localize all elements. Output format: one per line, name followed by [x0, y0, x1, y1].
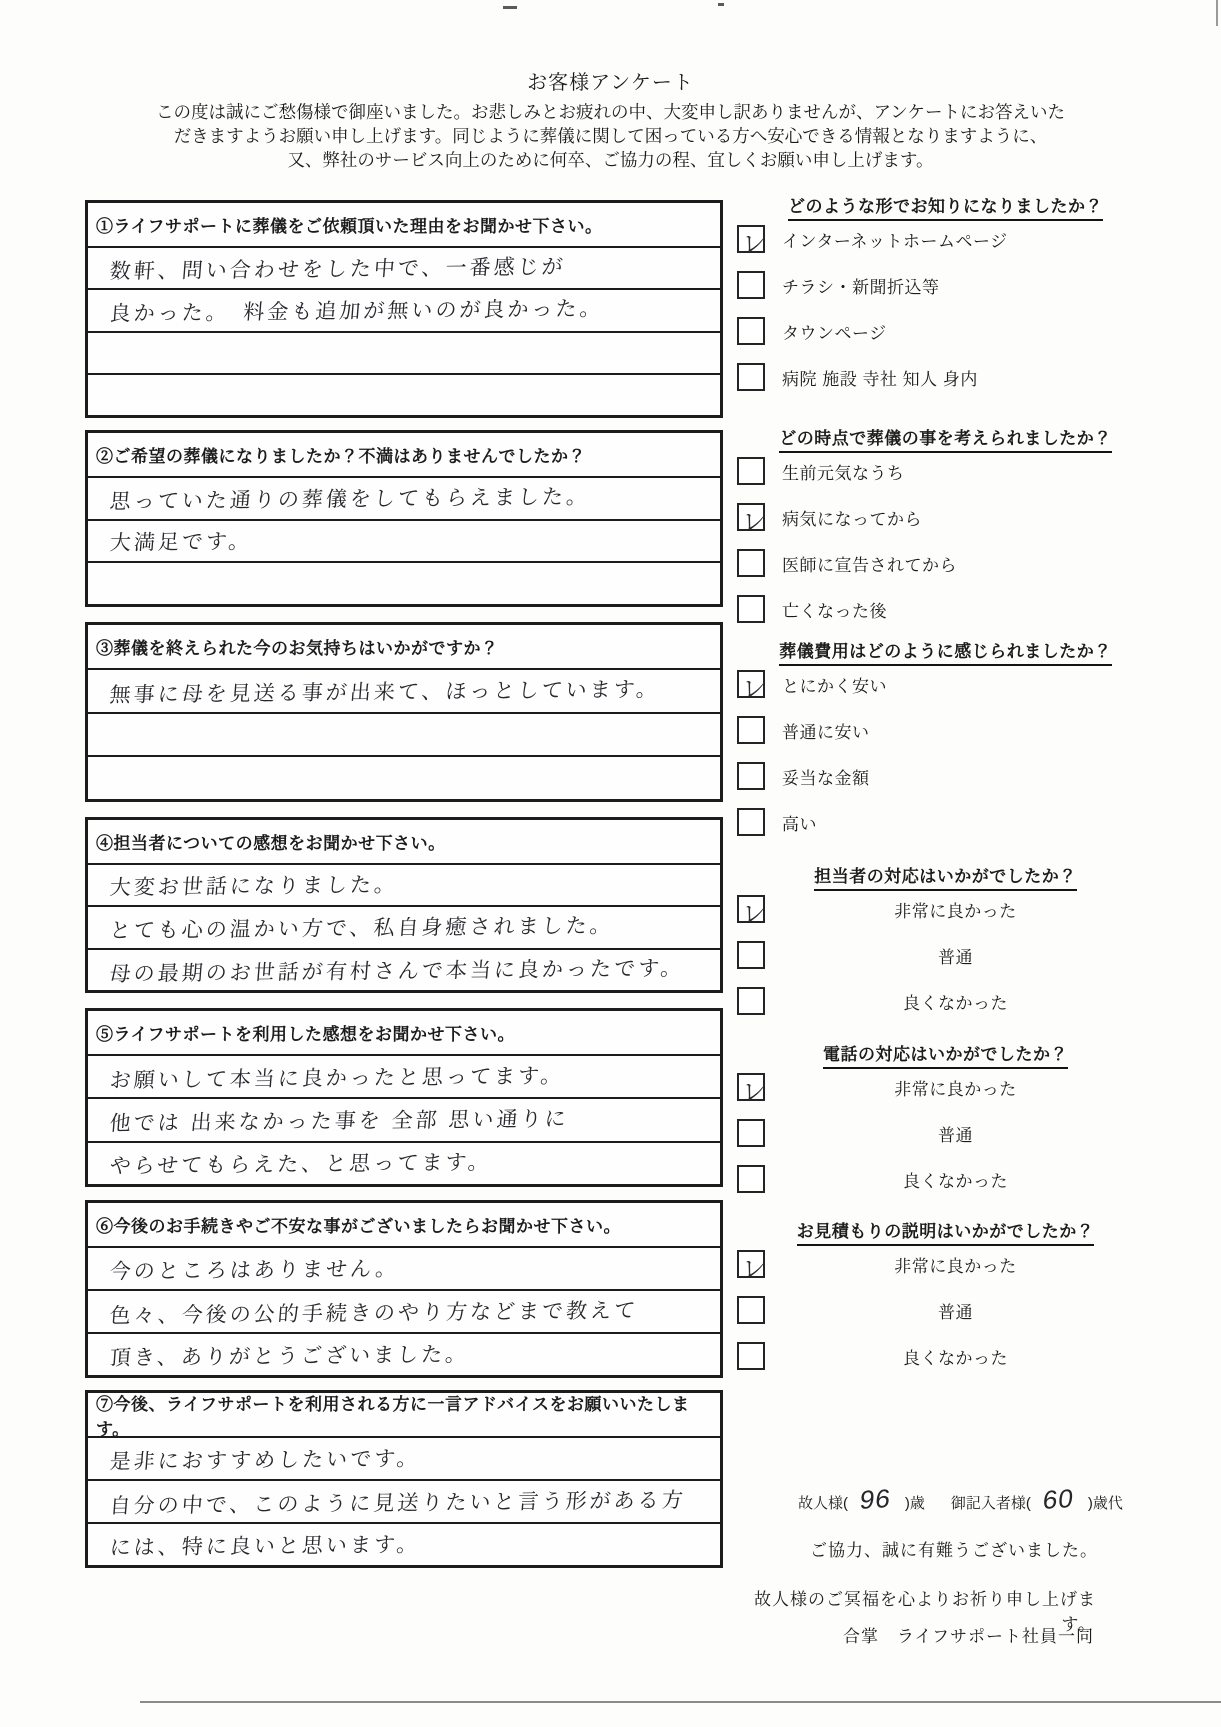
scan-artifact — [503, 6, 517, 9]
option-label: 普通 — [765, 1298, 1156, 1323]
checkbox — [737, 271, 765, 299]
survey-option: レ 病気になってから — [735, 494, 1156, 540]
question-box-4: ④担当者についての感想をお聞かせ下さい。 大変お世話になりました。 とても心の温… — [85, 817, 723, 993]
option-label: 普通 — [765, 1121, 1156, 1146]
survey-section-title: 葬儀費用はどのように感じられましたか？ — [735, 637, 1156, 661]
answer-row — [88, 333, 720, 375]
question-box-2: ②ご希望の葬儀になりましたか？不満はありませんでしたか？ 思っていた通りの葬儀を… — [85, 430, 723, 607]
answer-row: 他では 出来なかった事を 全部 思い通りに — [88, 1099, 720, 1142]
option-label: 普通に安い — [782, 718, 870, 743]
answer-row: 今のところはありません。 — [88, 1248, 720, 1291]
handwritten-answer: 頂き、ありがとうございました。 — [109, 1338, 471, 1372]
question-label: ①ライフサポートに葬儀をご依頼頂いた理由をお聞かせ下さい。 — [88, 203, 720, 248]
checkmark-icon: レ — [742, 1245, 770, 1285]
answer-row: 色々、今後の公的手続きのやり方などまで教えて — [88, 1291, 720, 1334]
writer-age-prefix: 御記入者様( — [951, 1492, 1031, 1513]
survey-option: 良くなかった — [735, 1156, 1156, 1202]
answer-row: 大変お世話になりました。 — [88, 865, 720, 907]
handwritten-answer: 今のところはありません。 — [109, 1252, 401, 1285]
checkbox — [737, 987, 765, 1015]
option-label: 非常に良かった — [765, 897, 1156, 922]
option-label: 亡くなった後 — [782, 597, 887, 622]
survey-option: 病院 施設 寺社 知人 身内 — [735, 354, 1156, 400]
answer-row: 良かった。 料金も追加が無いのが良かった。 — [88, 290, 720, 332]
handwritten-answer: 他では 出来なかった事を 全部 思い通りに — [109, 1103, 570, 1138]
handwritten-answer: 大満足です。 — [109, 525, 254, 556]
survey-option: 亡くなった後 — [735, 586, 1156, 632]
answer-row: やらせてもらえた、と思ってます。 — [88, 1143, 720, 1184]
checkbox — [737, 941, 765, 969]
survey-option: レ とにかく安い — [735, 661, 1156, 707]
survey-option: レ 非常に良かった — [735, 886, 1156, 932]
answer-row: 思っていた通りの葬儀をしてもらえました。 — [88, 478, 720, 521]
survey-option: レ 非常に良かった — [735, 1241, 1156, 1287]
option-label: 非常に良かった — [765, 1075, 1156, 1100]
handwritten-answer: 思っていた通りの葬儀をしてもらえました。 — [109, 481, 592, 516]
option-label: タウンページ — [782, 319, 887, 344]
survey-section-title: 電話の対応はいかがでしたか？ — [735, 1040, 1156, 1064]
question-label: ③葬儀を終えられた今のお気持ちはいかがですか？ — [88, 625, 720, 670]
checkbox — [737, 457, 765, 485]
deceased-age-suffix: )歳 — [905, 1492, 925, 1513]
handwritten-answer: 是非におすすめしたいです。 — [109, 1442, 422, 1475]
answer-row — [88, 714, 720, 758]
checkbox — [737, 317, 765, 345]
answer-row: お願いして本当に良かったと思ってます。 — [88, 1056, 720, 1099]
thanks-note: ご協力、誠に有難うございました。 — [735, 1536, 1156, 1561]
survey-option: 普通 — [735, 932, 1156, 978]
survey-section-staff-response: 担当者の対応はいかがでしたか？ レ 非常に良かった 普通 良くなかった — [735, 862, 1156, 1024]
handwritten-answer: 大変お世話になりました。 — [109, 869, 400, 902]
answer-row: 頂き、ありがとうございました。 — [88, 1334, 720, 1375]
scan-artifact — [718, 3, 724, 6]
answer-row: 是非におすすめしたいです。 — [88, 1438, 720, 1481]
checkbox: レ — [737, 1073, 765, 1101]
answer-row: とても心の温かい方で、私自身癒されました。 — [88, 907, 720, 949]
option-label: 良くなかった — [765, 1344, 1156, 1369]
survey-section-title: 担当者の対応はいかがでしたか？ — [735, 862, 1156, 886]
survey-option: 普通に安い — [735, 707, 1156, 753]
checkbox — [737, 1119, 765, 1147]
checkbox: レ — [737, 225, 765, 253]
handwritten-answer: 良かった。 料金も追加が無いのが良かった。 — [109, 293, 605, 328]
survey-option: 医師に宣告されてから — [735, 540, 1156, 586]
answer-row — [88, 375, 720, 415]
answer-row: 母の最期のお世話が有村さんで本当に良かったです。 — [88, 950, 720, 990]
answer-row: 数軒、問い合わせをした中で、一番感じが — [88, 248, 720, 290]
checkmark-icon: レ — [742, 220, 770, 260]
survey-option: 良くなかった — [735, 1333, 1156, 1379]
answer-row: 自分の中で、このように見送りたいと言う形がある方 — [88, 1481, 720, 1524]
survey-option: 高い — [735, 799, 1156, 845]
writer-age-value: 60 — [1041, 1483, 1076, 1516]
question-box-6: ⑥今後のお手続きやご不安な事がございましたらお聞かせ下さい。 今のところはありま… — [85, 1200, 723, 1378]
handwritten-answer: やらせてもらえた、と思ってます。 — [109, 1146, 493, 1180]
option-label: チラシ・新聞折込等 — [782, 273, 940, 298]
checkmark-icon: レ — [742, 498, 770, 538]
checkbox — [737, 762, 765, 790]
checkmark-icon: レ — [742, 665, 770, 705]
survey-section-when-considered: どの時点で葬儀の事を考えられましたか？ 生前元気なうち レ 病気になってから 医… — [735, 424, 1156, 632]
question-label: ⑤ライフサポートを利用した感想をお聞かせ下さい。 — [88, 1011, 720, 1056]
checkbox — [737, 595, 765, 623]
option-label: 良くなかった — [765, 989, 1156, 1014]
answer-row: には、特に良いと思います。 — [88, 1524, 720, 1565]
question-box-7: ⑦今後、ライフサポートを利用される方に一言アドバイスをお願いいたします。 是非に… — [85, 1390, 723, 1568]
answer-row — [88, 563, 720, 604]
handwritten-answer: とても心の温かい方で、私自身癒されました。 — [109, 910, 615, 945]
ages-line: 故人様( 96 )歳 御記入者様( 60 )歳代 — [798, 1484, 1123, 1521]
survey-option: チラシ・新聞折込等 — [735, 262, 1156, 308]
survey-section-title: お見積もりの説明はいかがでしたか？ — [735, 1217, 1156, 1241]
checkmark-icon: レ — [742, 890, 770, 930]
survey-section-how-found: どのような形でお知りになりましたか？ レ インターネットホームページ チラシ・新… — [735, 192, 1156, 400]
handwritten-answer: 無事に母を見送る事が出来て、ほっとしています。 — [109, 673, 662, 709]
handwritten-answer: 色々、今後の公的手続きのやり方などまで教えて — [109, 1294, 640, 1330]
survey-option: 良くなかった — [735, 978, 1156, 1024]
deceased-age-prefix: 故人様( — [798, 1492, 848, 1513]
writer-age-suffix: )歳代 — [1088, 1492, 1123, 1513]
handwritten-answer: 母の最期のお世話が有村さんで本当に良かったです。 — [109, 952, 686, 988]
survey-section-cost-impression: 葬儀費用はどのように感じられましたか？ レ とにかく安い 普通に安い 妥当な金額… — [735, 637, 1156, 845]
checkbox: レ — [737, 1250, 765, 1278]
signoff-note: 合掌 ライフサポート社員一同 — [735, 1622, 1156, 1647]
option-label: 非常に良かった — [765, 1252, 1156, 1277]
checkbox: レ — [737, 670, 765, 698]
question-box-5: ⑤ライフサポートを利用した感想をお聞かせ下さい。 お願いして本当に良かったと思っ… — [85, 1008, 723, 1187]
question-label: ④担当者についての感想をお聞かせ下さい。 — [88, 820, 720, 865]
option-label: 医師に宣告されてから — [782, 551, 957, 576]
survey-section-title: どのような形でお知りになりましたか？ — [735, 192, 1156, 216]
checkbox: レ — [737, 503, 765, 531]
question-label: ⑥今後のお手続きやご不安な事がございましたらお聞かせ下さい。 — [88, 1203, 720, 1248]
survey-section-phone-response: 電話の対応はいかがでしたか？ レ 非常に良かった 普通 良くなかった — [735, 1040, 1156, 1202]
checkbox — [737, 549, 765, 577]
survey-section-title: どの時点で葬儀の事を考えられましたか？ — [735, 424, 1156, 448]
checkbox — [737, 808, 765, 836]
option-label: とにかく安い — [782, 672, 887, 697]
handwritten-answer: には、特に良いと思います。 — [109, 1528, 422, 1561]
checkbox — [737, 716, 765, 744]
survey-option: 生前元気なうち — [735, 448, 1156, 494]
handwritten-answer: 数軒、問い合わせをした中で、一番感じが — [109, 251, 567, 286]
checkbox — [737, 1296, 765, 1324]
survey-option: 妥当な金額 — [735, 753, 1156, 799]
survey-option: レ 非常に良かった — [735, 1064, 1156, 1110]
deceased-age-value: 96 — [858, 1483, 893, 1516]
checkbox — [737, 1342, 765, 1370]
survey-option: タウンページ — [735, 308, 1156, 354]
checkbox — [737, 1165, 765, 1193]
option-label: 高い — [782, 810, 817, 835]
scan-artifact — [1216, 0, 1218, 26]
survey-option: レ インターネットホームページ — [735, 216, 1156, 262]
survey-column: どのような形でお知りになりましたか？ レ インターネットホームページ チラシ・新… — [735, 0, 1156, 1727]
survey-option: 普通 — [735, 1110, 1156, 1156]
option-label: インターネットホームページ — [782, 227, 1008, 252]
question-label: ⑦今後、ライフサポートを利用される方に一言アドバイスをお願いいたします。 — [88, 1393, 720, 1438]
option-label: 病気になってから — [782, 505, 922, 530]
checkbox: レ — [737, 895, 765, 923]
handwritten-answer: 自分の中で、このように見送りたいと言う形がある方 — [109, 1483, 687, 1519]
option-label: 普通 — [765, 943, 1156, 968]
option-label: 良くなかった — [765, 1167, 1156, 1192]
checkmark-icon: レ — [742, 1068, 770, 1108]
survey-option: 普通 — [735, 1287, 1156, 1333]
checkbox — [737, 363, 765, 391]
option-label: 病院 施設 寺社 知人 身内 — [782, 365, 978, 390]
scanned-survey-page: お客様アンケート この度は誠にご愁傷様で御座いました。お悲しみとお疲れの中、大変… — [0, 0, 1221, 1727]
option-label: 生前元気なうち — [782, 459, 905, 484]
answer-row: 大満足です。 — [88, 521, 720, 564]
question-box-1: ①ライフサポートに葬儀をご依頼頂いた理由をお聞かせ下さい。 数軒、問い合わせをし… — [85, 200, 723, 418]
option-label: 妥当な金額 — [782, 764, 870, 789]
survey-section-estimate-explanation: お見積もりの説明はいかがでしたか？ レ 非常に良かった 普通 良くなかった — [735, 1217, 1156, 1379]
question-box-3: ③葬儀を終えられた今のお気持ちはいかがですか？ 無事に母を見送る事が出来て、ほっ… — [85, 622, 723, 802]
answer-row — [88, 757, 720, 799]
handwritten-answer: お願いして本当に良かったと思ってます。 — [109, 1059, 566, 1094]
question-label: ②ご希望の葬儀になりましたか？不満はありませんでしたか？ — [88, 433, 720, 478]
answer-row: 無事に母を見送る事が出来て、ほっとしています。 — [88, 670, 720, 714]
